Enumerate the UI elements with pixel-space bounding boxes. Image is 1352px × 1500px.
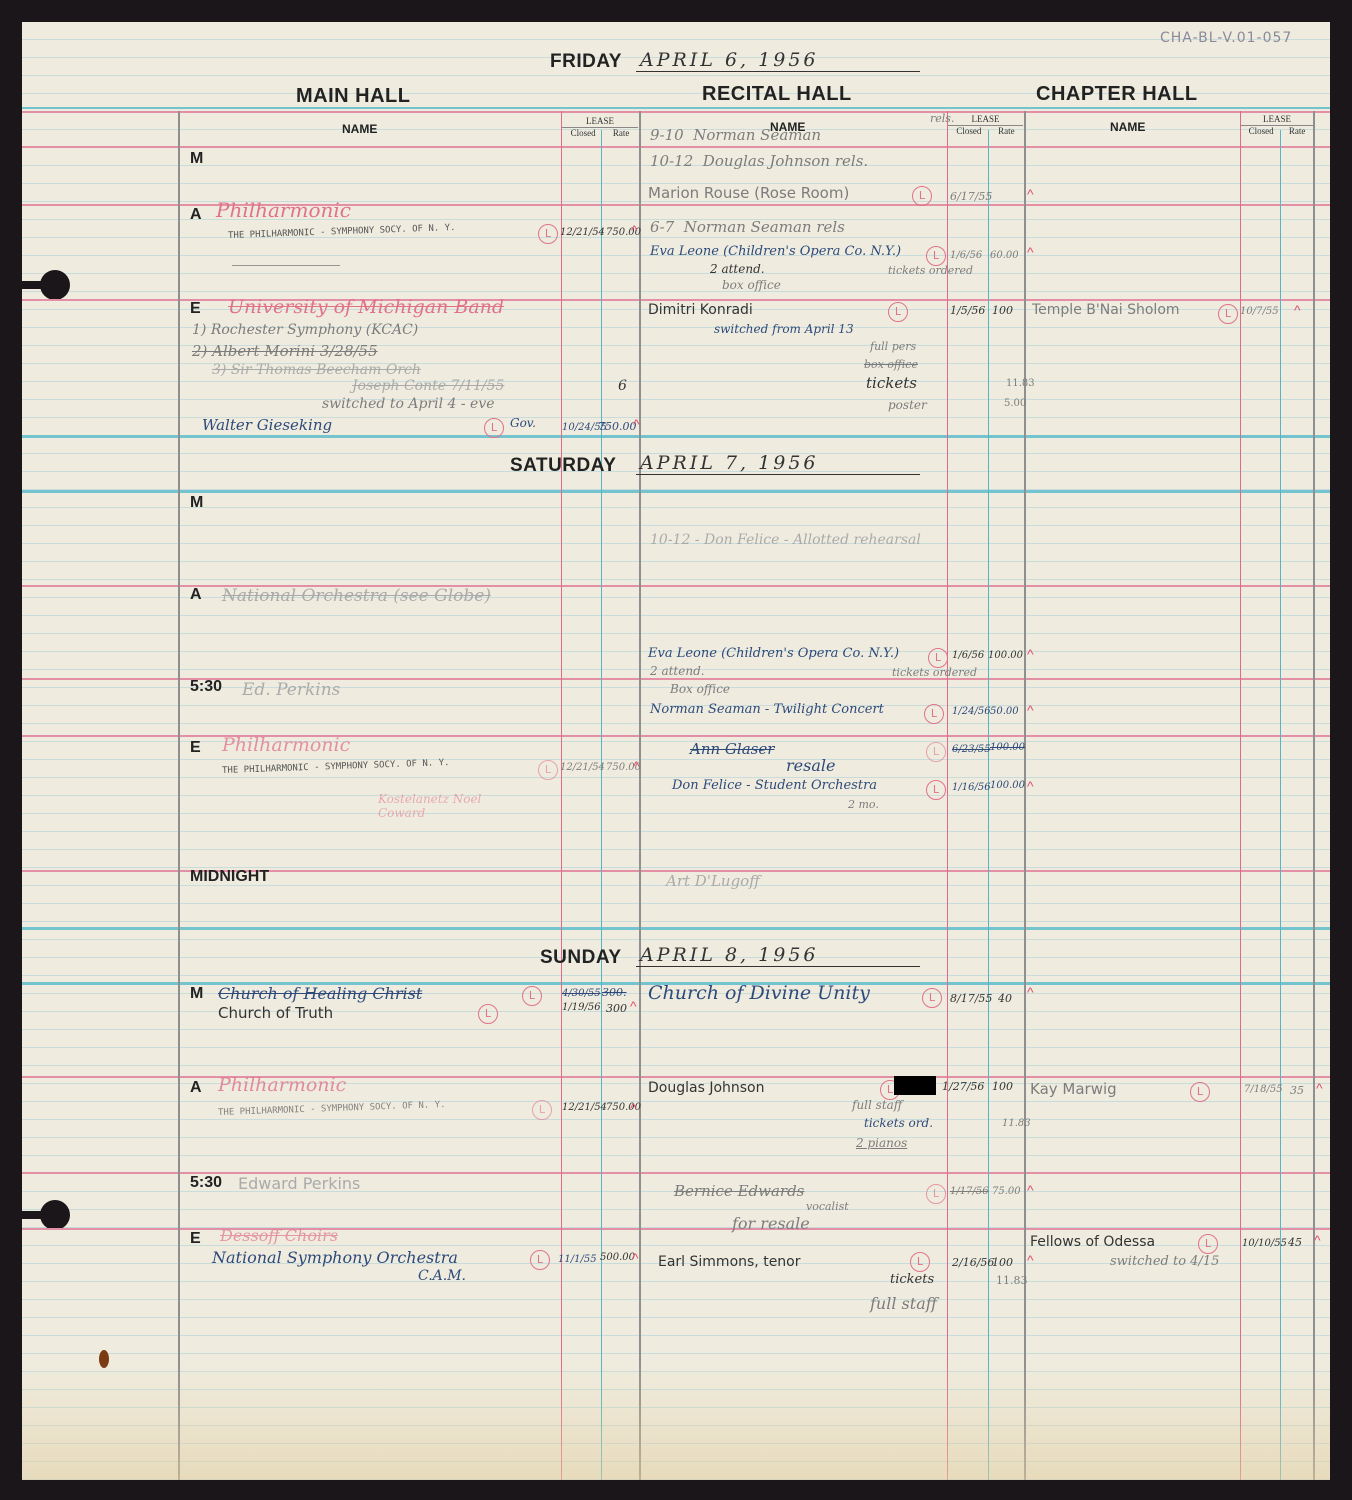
lease-mark-icon: L: [532, 1100, 552, 1120]
checkmark-caret-icon: ^: [1314, 1232, 1321, 1248]
sun-recital-530-1: Bernice Edwards: [674, 1182, 804, 1200]
sun-main-m-2: Church of Truth: [218, 1004, 333, 1022]
sun-recital-a-1: Douglas Johnson: [648, 1080, 765, 1096]
rate-label: Rate: [613, 128, 630, 138]
fri-recital-a-2-rate: 60.00: [990, 250, 1019, 261]
booking-name: Douglas Johnson rels.: [703, 152, 868, 170]
day-date-saturday: APRIL 7, 1956: [636, 452, 920, 475]
sun-chapter-e-closed: 10/10/55: [1242, 1238, 1287, 1249]
fri-main-e-name: University of Michigan Band: [228, 296, 504, 318]
sun-recital-a-1-note-3: 2 pianos: [856, 1136, 907, 1150]
rule-header-top-pink: [22, 111, 1330, 113]
sat-recital-a-1: Eva Leone (Children's Opera Co. N.Y.): [648, 646, 899, 661]
sun-main-m-2-rate: 300: [606, 1002, 627, 1015]
lease-mark-icon: L: [926, 780, 946, 800]
sun-chapter-a-closed: 7/18/55: [1244, 1084, 1283, 1095]
lease-label: LEASE: [1241, 114, 1313, 126]
sat-recital-e-1: Ann Glaser: [690, 740, 774, 758]
day-title-friday: FRIDAY: [550, 51, 622, 73]
sun-main-a-closed: 12/21/54: [562, 1102, 607, 1113]
sun-recital-a-1-closed: 1/27/56: [942, 1080, 984, 1093]
fri-main-e-margin-mark: 6: [618, 378, 627, 394]
sun-main-e-2-rate: 500.00: [600, 1252, 635, 1263]
lease-mark-icon: L: [1218, 304, 1238, 324]
fri-recital-e-1-rate: 100: [992, 304, 1013, 317]
vrule-chapter-rate: [1280, 130, 1281, 1480]
lease-mark-icon: L: [924, 704, 944, 724]
vrule-main-rate: [601, 130, 602, 1480]
sun-recital-e-1-note-1: tickets: [890, 1272, 934, 1287]
fri-recital-e-1: Dimitri Konradi: [648, 302, 753, 318]
sat-recital-a-1-closed: 1/6/56: [952, 650, 984, 661]
binder-hole-bottom-notch: [22, 1211, 52, 1219]
fri-recital-m-1: 9-10 Norman Seaman: [650, 126, 821, 144]
hall-title-chapter: CHAPTER HALL: [1036, 83, 1198, 106]
slot-fri-e: E: [190, 300, 201, 318]
sun-recital-e-1-extra-rate: 11.83: [996, 1274, 1028, 1287]
sun-recital-e-1-rate: 100: [992, 1256, 1013, 1269]
sun-main-m-1-rate: 300.: [602, 986, 627, 999]
checkmark-caret-icon: ^: [633, 758, 640, 774]
sat-main-a-name: National Orchestra (see Globe): [222, 586, 491, 606]
fri-recital-a-2: Eva Leone (Children's Opera Co. N.Y.): [650, 244, 901, 259]
sun-main-e-1: Dessoff Choirs: [220, 1226, 338, 1245]
sat-recital-e-2-note: 2 mo.: [848, 798, 879, 811]
day-title-sunday: SUNDAY: [540, 947, 622, 969]
sun-recital-m-1-closed: 8/17/55: [950, 992, 992, 1005]
fri-main-e-note-3: 3) Sir Thomas Beecham Orch: [212, 362, 421, 378]
fri-recital-e-1-extra-rate-2: 5.00: [1004, 398, 1026, 409]
checkmark-caret-icon: ^: [632, 1250, 639, 1266]
sun-main-e-2-closed: 11/1/55: [558, 1254, 597, 1265]
sun-chapter-e-name: Fellows of Odessa: [1030, 1234, 1155, 1250]
sat-recital-a-1-note-1: 2 attend.: [650, 664, 705, 678]
slot-sun-m: M: [190, 985, 203, 1003]
checkmark-caret-icon: ^: [1027, 984, 1034, 1000]
sun-recital-530-1-closed: 1/17/56: [950, 1186, 989, 1197]
slot-fri-a: A: [190, 206, 202, 224]
time-label: 10-12: [650, 532, 690, 548]
sun-chapter-a-rate: 35: [1290, 1084, 1304, 1097]
sun-main-a-stamp: THE PHILHARMONIC - SYMPHONY SOCY. OF N. …: [218, 1100, 446, 1118]
vrule-recital-rate: [988, 130, 989, 1480]
checkmark-caret-icon: ^: [1027, 646, 1034, 662]
fri-recital-m-1-note: rels.: [930, 112, 954, 125]
lease-mark-icon: L: [522, 986, 542, 1006]
sun-recital-530-1-note: for resale: [732, 1214, 810, 1233]
sat-main-e-note: Kostelanetz Noel Coward: [378, 792, 518, 820]
checkmark-caret-icon: ^: [1316, 1080, 1323, 1096]
hall-title-main: MAIN HALL: [296, 85, 410, 108]
sun-recital-m-1: Church of Divine Unity: [648, 982, 870, 1004]
sat-main-e-stamp: THE PHILHARMONIC - SYMPHONY SOCY. OF N. …: [222, 758, 450, 776]
booking-name: Norman Seaman rels: [684, 218, 845, 236]
sun-chapter-e-note: switched to 4/15: [1110, 1254, 1219, 1269]
slot-sat-m: M: [190, 494, 203, 512]
checkmark-caret-icon: ^: [1294, 302, 1301, 318]
lease-header-chapter: LEASE ClosedRate: [1241, 114, 1313, 136]
rule-header-top: [22, 107, 1330, 109]
fri-recital-m-2: 10-12 Douglas Johnson rels.: [650, 152, 868, 170]
archive-id: CHA-BL-V.01-057: [1160, 30, 1292, 46]
sat-recital-e-1-closed: 6/23/55: [952, 744, 991, 755]
checkmark-caret-icon: ^: [630, 1100, 637, 1116]
day-date-friday: APRIL 6, 1956: [636, 49, 920, 72]
time-label: 6-7: [650, 218, 674, 236]
vrule-recital-left: [639, 111, 641, 1480]
vrule-main-closed: [561, 111, 562, 1480]
sat-recital-a-1-note-2: Box office: [670, 682, 730, 696]
checkmark-caret-icon: ^: [633, 416, 640, 432]
fri-main-e-note-5: switched to April 4 - eve: [322, 396, 495, 412]
redaction-block: [894, 1076, 936, 1095]
colhead-main-name: NAME: [342, 122, 377, 136]
lease-mark-icon: L: [888, 302, 908, 322]
fri-main-e-final-name: Walter Gieseking: [202, 416, 332, 434]
sun-recital-a-1-extra-rate: 11.83: [1002, 1118, 1031, 1129]
lease-mark-icon: L: [922, 988, 942, 1008]
sun-chapter-e-rate: 45: [1288, 1236, 1302, 1249]
sun-recital-e-1: Earl Simmons, tenor: [658, 1254, 801, 1270]
lease-mark-icon: L: [910, 1252, 930, 1272]
fri-recital-a-2-note-3: tickets ordered: [888, 264, 973, 277]
day-date-sunday: APRIL 8, 1956: [636, 944, 920, 967]
sat-recital-e-2: Don Felice - Student Orchestra: [672, 778, 877, 793]
sun-recital-530-1-note2: vocalist: [806, 1200, 849, 1213]
fri-recital-a-2-note-1: 2 attend.: [710, 262, 765, 276]
fri-recital-e-1-note-1: switched from April 13: [714, 322, 854, 336]
rate-label: Rate: [998, 126, 1015, 136]
checkmark-caret-icon: ^: [1027, 778, 1034, 794]
slot-sat-e: E: [190, 739, 201, 757]
binder-hole-top-notch: [22, 281, 52, 289]
rule-fri-end: [22, 435, 1330, 438]
lease-header-recital: LEASE ClosedRate: [948, 114, 1023, 136]
sat-recital-a-1-rate: 100.00: [988, 650, 1023, 661]
lease-header-main: LEASE ClosedRate: [562, 116, 638, 138]
vrule-main-left: [178, 111, 180, 1480]
rule-sat-start: [22, 490, 1330, 493]
fri-recital-m-3: Marion Rouse (Rose Room): [648, 184, 849, 202]
lease-mark-icon: L: [538, 760, 558, 780]
rule-sat-end: [22, 927, 1330, 930]
slot-sat-a: A: [190, 586, 202, 604]
rule-sat-e: [22, 735, 1330, 737]
sat-recital-a-1-note-3: tickets ordered: [892, 666, 977, 679]
sat-recital-e-2-closed: 1/16/56: [952, 782, 991, 793]
sun-recital-m-1-rate: 40: [998, 992, 1012, 1005]
sat-recital-530-1-closed: 1/24/56: [952, 706, 991, 717]
sat-main-530-name: Ed. Perkins: [242, 680, 340, 700]
sun-chapter-a-name: Kay Marwig: [1030, 1080, 1117, 1098]
slot-sat-midnight: MIDNIGHT: [190, 868, 269, 886]
rule-sun-e: [22, 1228, 1330, 1230]
sun-main-m-1: Church of Healing Christ: [218, 984, 422, 1003]
lease-mark-icon: L: [926, 246, 946, 266]
lease-mark-icon: L: [1190, 1082, 1210, 1102]
ledger-page: CHA-BL-V.01-057 FRIDAY APRIL 6, 1956 MAI…: [22, 22, 1330, 1480]
slot-sun-530: 5:30: [190, 1174, 222, 1192]
sun-recital-e-1-note-2: full staff: [870, 1294, 937, 1313]
sun-main-m-1-closed: 4/30/55: [562, 988, 601, 999]
closed-label: Closed: [571, 128, 596, 138]
lease-label: LEASE: [562, 116, 638, 128]
fri-main-a-stamp: THE PHILHARMONIC - SYMPHONY SOCY. OF N. …: [228, 223, 456, 241]
fri-recital-e-1-note-5: poster: [888, 398, 927, 412]
checkmark-caret-icon: ^: [631, 222, 638, 238]
lease-label: LEASE: [948, 114, 1023, 126]
slot-sun-e: E: [190, 1230, 201, 1248]
checkmark-caret-icon: ^: [1027, 1252, 1034, 1268]
sun-recital-a-1-note-2: tickets ord.: [864, 1116, 933, 1130]
sat-main-e-closed: 12/21/54: [560, 762, 605, 773]
time-label: 10-12: [650, 152, 693, 170]
sun-main-m-2-closed: 1/19/56: [562, 1002, 601, 1013]
rust-stain: [99, 1350, 109, 1368]
sat-main-e-name: Philharmonic: [222, 734, 350, 756]
fri-main-e-rate: 750.00: [598, 420, 637, 433]
sun-main-e-2-note: C.A.M.: [418, 1268, 466, 1284]
sun-recital-530-1-rate: 75.00: [992, 1186, 1021, 1197]
sun-recital-a-1-rate: 100: [992, 1080, 1013, 1093]
sat-recital-e-2-rate: 100.00: [990, 780, 1025, 791]
closed-label: Closed: [1249, 126, 1274, 136]
lease-mark-icon: L: [912, 186, 932, 206]
sun-recital-a-1-note-1: full staff: [852, 1098, 902, 1112]
rule-sat-a: [22, 585, 1330, 587]
sat-recital-midnight-1: Art D'Lugoff: [666, 872, 760, 890]
fri-chapter-e-closed: 10/7/55: [1240, 306, 1279, 317]
lease-mark-icon: L: [484, 418, 504, 438]
fri-recital-e-1-note-3: box office: [864, 358, 918, 371]
fri-main-e-note-extra: Gov.: [510, 416, 536, 430]
lease-mark-icon: L: [1198, 1234, 1218, 1254]
rule-header-bottom: [22, 146, 1330, 148]
sat-recital-m-1: 10-12 - Don Felice - Allotted rehearsal: [650, 532, 921, 548]
slot-fri-m: M: [190, 150, 203, 168]
checkmark-caret-icon: ^: [1027, 244, 1034, 260]
sun-main-a-name: Philharmonic: [218, 1074, 346, 1096]
vrule-recital-closed: [947, 111, 948, 1480]
fri-recital-a-2-closed: 1/6/56: [950, 250, 982, 261]
fri-main-e-note-1: 1) Rochester Symphony (KCAC): [192, 322, 418, 338]
rule-fri-e: [22, 299, 1330, 301]
fri-main-a-scribble: ―――――――――: [232, 258, 340, 272]
fri-recital-e-1-note-4: tickets: [866, 374, 917, 392]
checkmark-caret-icon: ^: [1027, 1182, 1034, 1198]
lease-mark-icon: L: [928, 648, 948, 668]
slot-sun-a: A: [190, 1079, 202, 1097]
fri-recital-a-2-note-2: box office: [722, 278, 781, 292]
fri-main-e-note-4: Joseph Conte 7/11/55: [352, 378, 504, 394]
checkmark-caret-icon: ^: [1027, 186, 1034, 202]
fri-recital-e-1-extra-rate-1: 11.83: [1006, 378, 1035, 389]
rate-label: Rate: [1289, 126, 1306, 136]
slot-sat-530: 5:30: [190, 678, 222, 696]
lease-mark-icon: L: [530, 1250, 550, 1270]
time-label: 9-10: [650, 126, 684, 144]
fri-main-a-closed: 12/21/54: [560, 227, 605, 238]
lease-mark-icon: L: [926, 1184, 946, 1204]
lease-mark-icon: L: [926, 742, 946, 762]
closed-label: Closed: [956, 126, 981, 136]
fri-recital-e-1-closed: 1/5/56: [950, 304, 985, 317]
sat-recital-e-1-note: resale: [786, 756, 835, 775]
vrule-right: [1313, 111, 1315, 1480]
booking-name: Norman Seaman: [693, 126, 821, 144]
fri-recital-a-1: 6-7 Norman Seaman rels: [650, 218, 845, 236]
fri-recital-e-1-note-2: full pers: [870, 340, 916, 353]
checkmark-caret-icon: ^: [630, 998, 637, 1014]
sat-recital-530-1-rate: 50.00: [990, 706, 1019, 717]
sat-recital-530-1: Norman Seaman - Twilight Concert: [650, 702, 884, 717]
hall-title-recital: RECITAL HALL: [702, 83, 852, 106]
sun-main-e-2: National Symphony Orchestra: [212, 1248, 458, 1267]
sat-recital-e-1-rate: 100.00: [990, 742, 1025, 753]
fri-recital-m-3-closed: 6/17/55: [950, 190, 992, 203]
colhead-chapter-name: NAME: [1110, 120, 1145, 134]
lease-mark-icon: L: [538, 224, 558, 244]
fri-main-a-name: Philharmonic: [216, 198, 351, 222]
sun-main-530-name: Edward Perkins: [238, 1174, 360, 1193]
booking-name: Don Felice - Allotted rehearsal: [704, 532, 921, 548]
lease-mark-icon: L: [478, 1004, 498, 1024]
checkmark-caret-icon: ^: [1027, 702, 1034, 718]
fri-main-e-note-2: 2) Albert Morini 3/28/55: [192, 342, 378, 360]
sun-recital-e-1-closed: 2/16/56: [952, 1256, 994, 1269]
fri-chapter-e-name: Temple B'Nai Sholom: [1032, 302, 1180, 318]
day-title-saturday: SATURDAY: [510, 455, 616, 477]
